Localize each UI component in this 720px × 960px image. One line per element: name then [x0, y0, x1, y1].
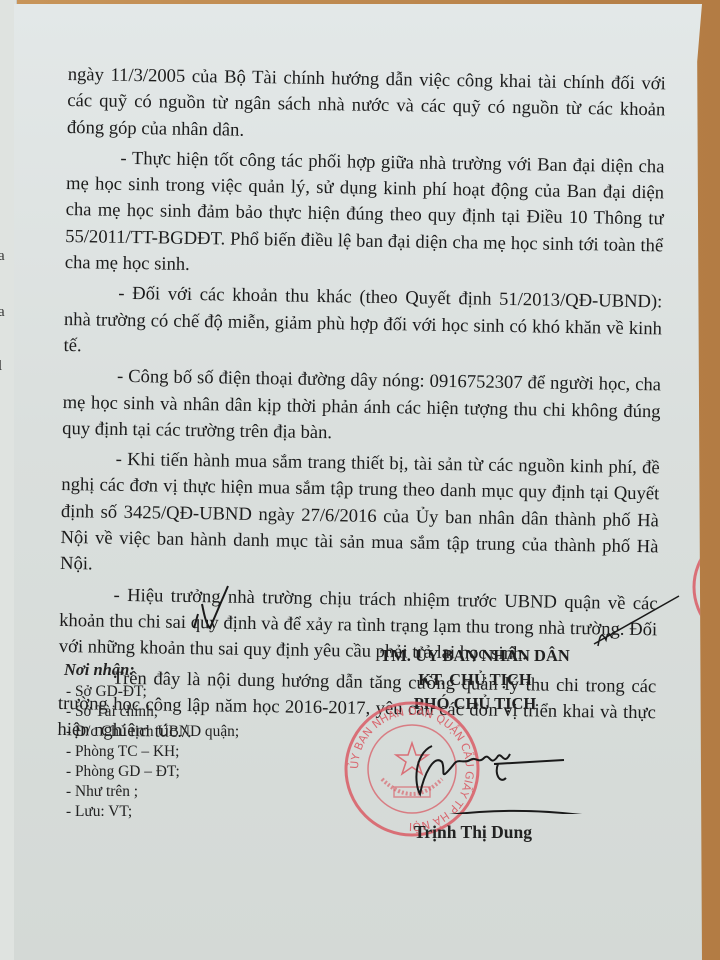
recipient-item: - Đ/c Chủ tịch UBND quận; [64, 722, 239, 742]
recipient-item: - Như trên ; [64, 782, 239, 802]
recipient-item: - Sở GD-ĐT; [64, 682, 239, 702]
official-seal-icon: ỦY BAN NHÂN DÂN QUẬN CẦU GIẤY TP HÀ NỘI [342, 699, 482, 839]
recipients-block: Nơi nhận: - Sở GD-ĐT;- Sở Tài chính;- Đ/… [64, 660, 239, 822]
signer-name: Trịnh Thị Dung [414, 822, 532, 843]
paragraph: ngày 11/3/2005 của Bộ Tài chính hướng dẫ… [67, 62, 666, 150]
recipient-item: - Phòng TC – KH; [64, 742, 239, 762]
paragraph: - Khi tiến hành mua sắm trang thiết bị, … [60, 446, 660, 587]
recipient-item: - Phòng GD – ĐT; [64, 762, 239, 782]
recipients-title: Nơi nhận: [64, 660, 239, 680]
paragraph: - Công bố số điện thoại đường dây nóng: … [62, 363, 661, 451]
signature-org-line: TM. ỦY BAN NHÂN DÂN [360, 644, 590, 668]
signature-role-line: KT. CHỦ TỊCH [360, 668, 590, 692]
document-page: ngày 11/3/2005 của Bộ Tài chính hướng dẫ… [14, 4, 702, 960]
paragraph: - Thực hiện tốt công tác phối hợp giữa n… [65, 145, 665, 286]
recipient-item: - Lưu: VT; [64, 802, 239, 822]
recipient-item: - Sở Tài chính; [64, 702, 239, 722]
recipients-list: - Sở GD-ĐT;- Sở Tài chính;- Đ/c Chủ tịch… [64, 682, 239, 822]
paragraph: - Đối với các khoản thu khác (theo Quyết… [63, 280, 662, 368]
